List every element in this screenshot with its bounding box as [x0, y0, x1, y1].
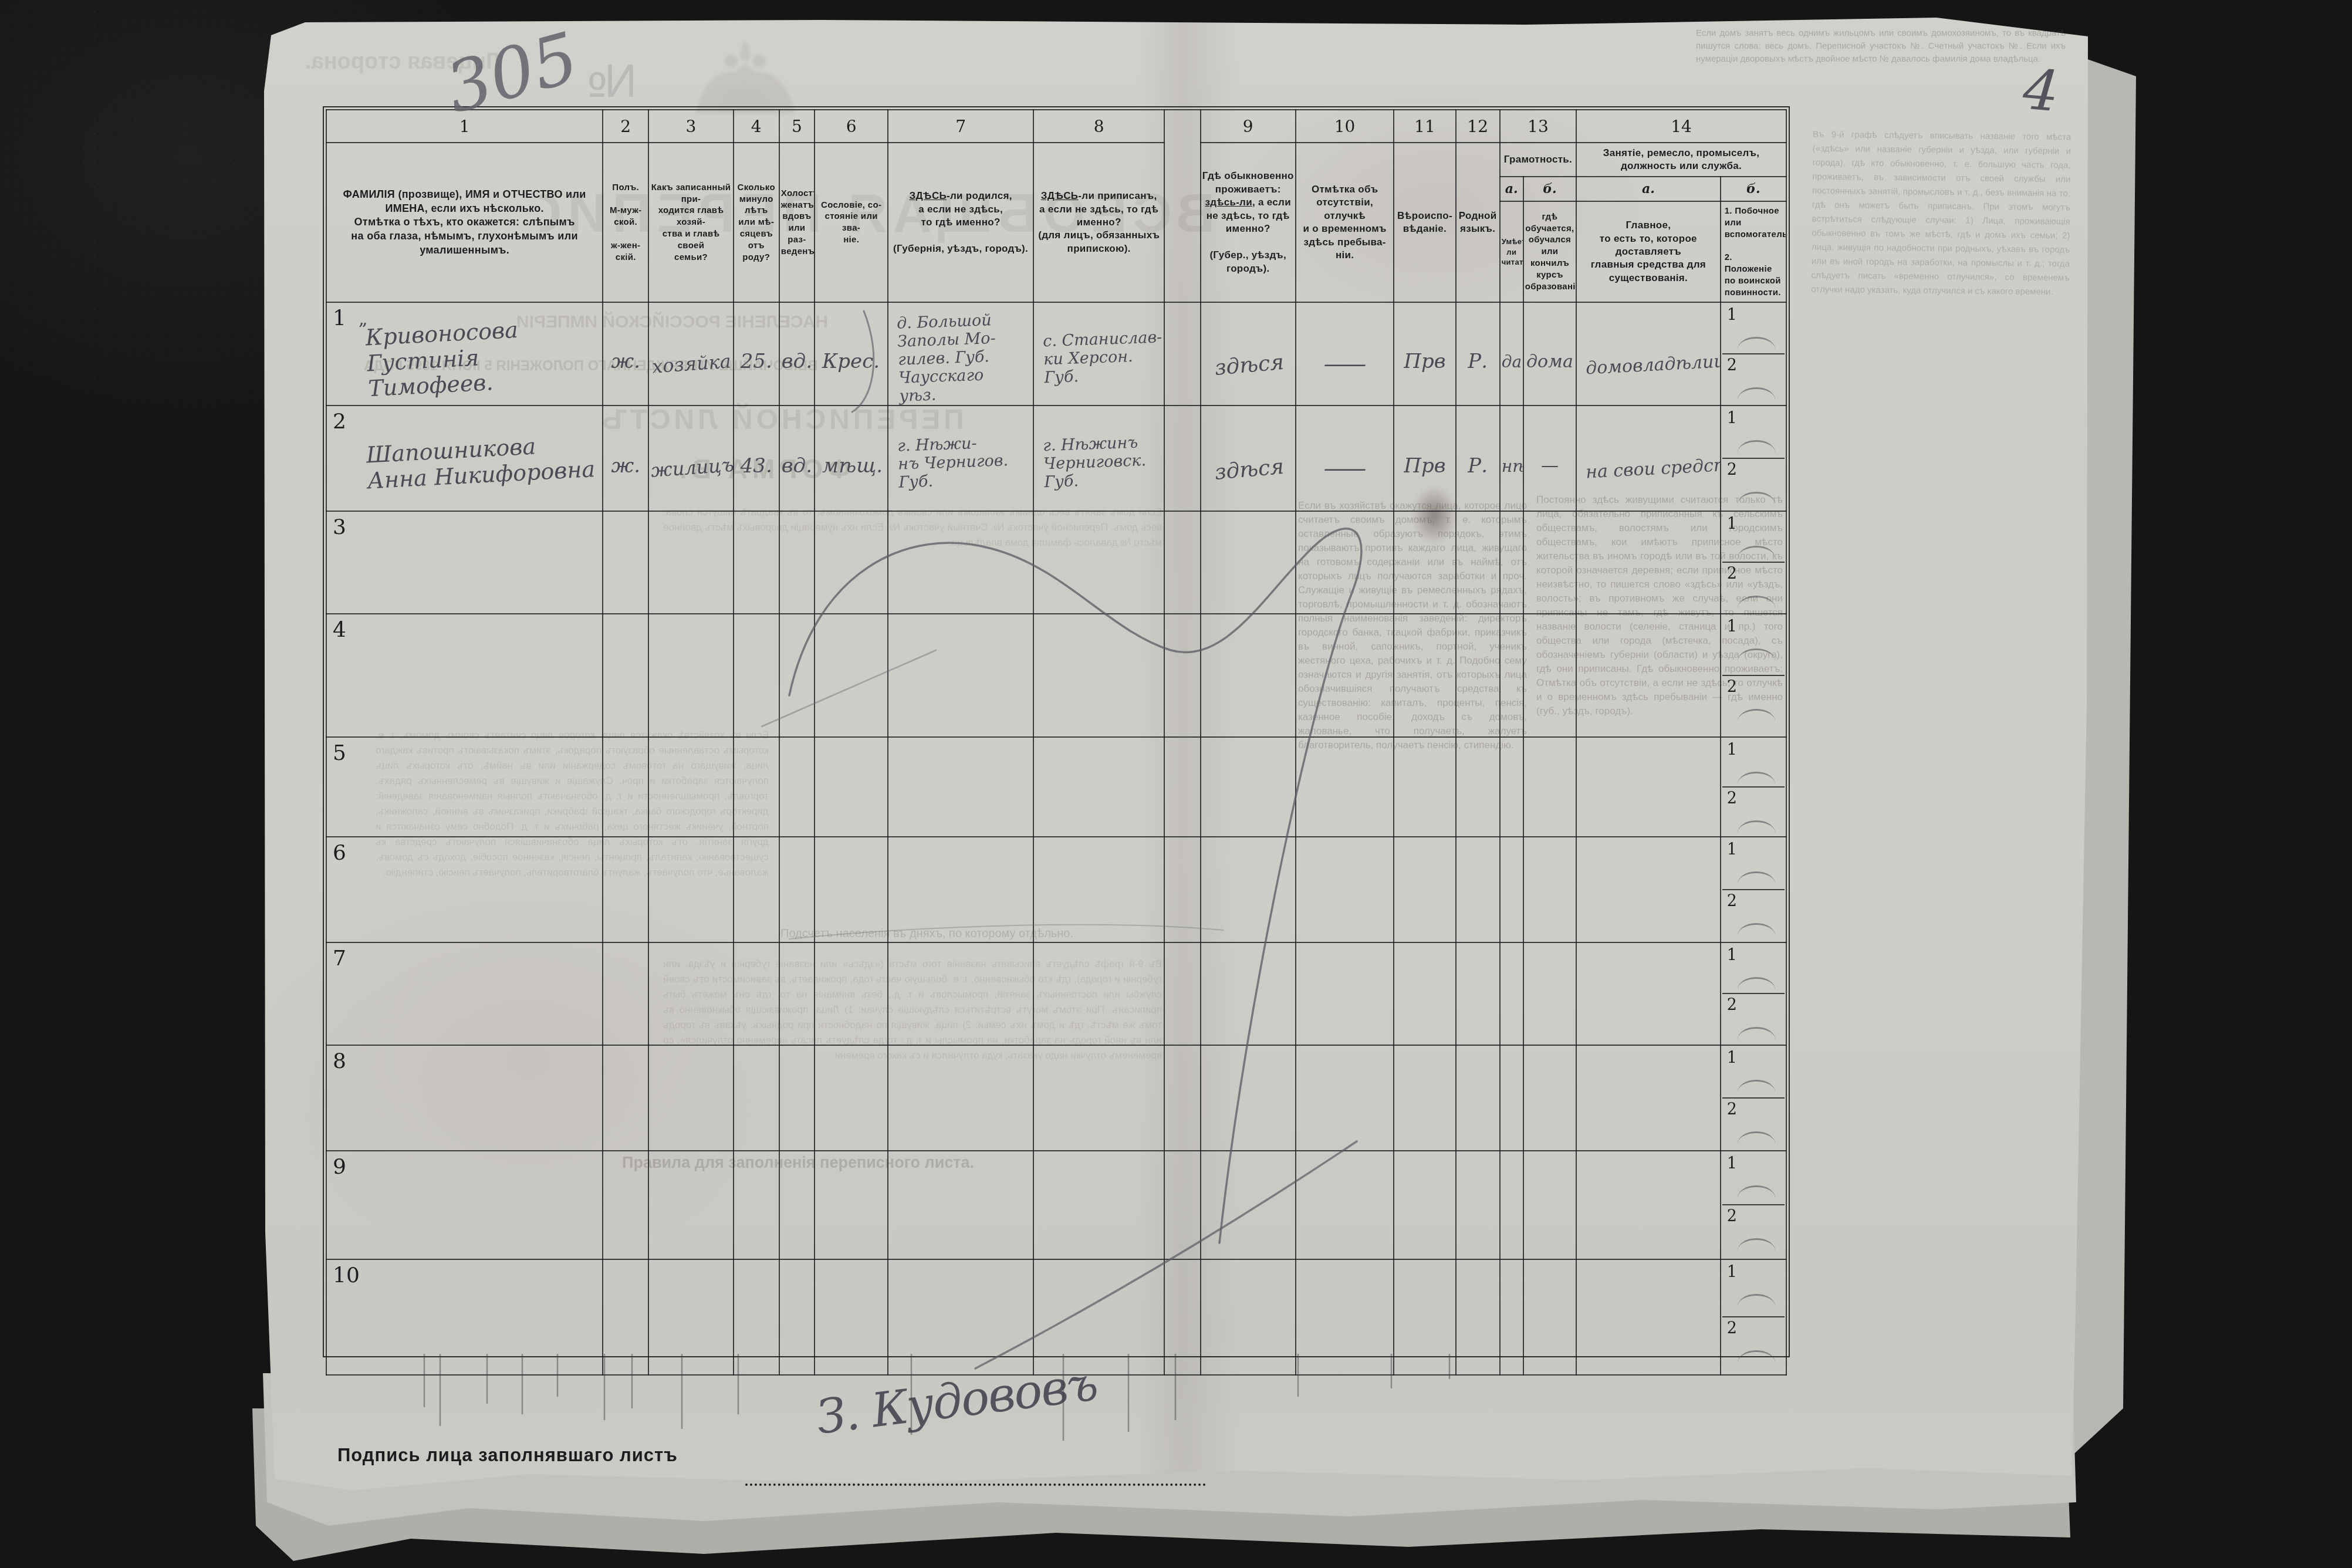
census-table: 1 2 3 4 5 6 7 8 9 10 11 12 13 1 [326, 109, 1787, 1376]
cell-birthplace [888, 837, 1033, 942]
row-number: 10 [333, 1263, 360, 1287]
printed-arc-mark [1738, 772, 1775, 784]
cell-absence [1296, 942, 1394, 1045]
printed-arc-mark [1738, 871, 1775, 884]
side-occupation-sub2: 2 [1722, 1204, 1785, 1258]
cell-marital [779, 511, 815, 614]
cell-estate: Крес. [815, 302, 888, 405]
header-literacy-a-letter: а. [1500, 177, 1523, 201]
row-number: 8 [333, 1049, 346, 1073]
header-surname-name: ФАМИЛІЯ (прозвище), ИМЯ и ОТЧЕСТВО или И… [326, 143, 603, 302]
cell-language [1456, 1045, 1500, 1151]
cell-registration [1033, 1259, 1165, 1375]
cell-language: Р. [1456, 302, 1500, 405]
cell-residence [1201, 1151, 1296, 1259]
cell-language [1456, 1151, 1500, 1259]
cell-side-occupation: 1 2 [1721, 614, 1786, 737]
book-scan: Лицевая сторона. ВСЕОБЩАЯ ПЕРЕПИСЬ НАСЕЛ… [0, 0, 2352, 1568]
handwritten-name [367, 673, 601, 685]
cell-relation [648, 511, 733, 614]
col-number: 8 [1033, 110, 1165, 143]
cell-religion [1394, 1045, 1455, 1151]
fold-gutter-cell [1164, 1151, 1200, 1259]
header-age: Сколько минуло лѣтъ или мѣ- сяцевъ отъ р… [734, 143, 779, 302]
side-occupation-sub1: 1 [1722, 407, 1785, 458]
table-row: 7 1 2 [326, 942, 1786, 1045]
census-table-frame: 1 2 3 4 5 6 7 8 9 10 11 12 13 1 [323, 106, 1790, 1357]
cell-relation: жилицъ [648, 405, 733, 511]
cell-language [1456, 614, 1500, 737]
cell-relation [648, 1259, 733, 1375]
cell-estate [815, 1259, 888, 1375]
cell-where-studied [1523, 614, 1576, 737]
printed-arc-mark [1738, 546, 1775, 558]
cell-absence [1296, 511, 1394, 614]
cell-estate [815, 1151, 888, 1259]
cell-estate [815, 511, 888, 614]
handwritten-name [367, 887, 601, 900]
printed-arc-mark [1738, 1294, 1775, 1306]
cell-sex [603, 1045, 648, 1151]
printed-arc-mark [1738, 709, 1775, 721]
handwritten-name [367, 992, 601, 1004]
cell-name: 9 [326, 1151, 603, 1259]
cell-registration [1033, 511, 1165, 614]
cell-residence: здѣся [1201, 302, 1296, 405]
header-birthplace: ЗДѢСЬ-ли родился, а если не здѣсь, то гд… [888, 143, 1033, 302]
cell-relation [648, 614, 733, 737]
cell-absence [1296, 837, 1394, 942]
cell-name: 8 [326, 1045, 603, 1151]
cell-residence [1201, 1045, 1296, 1151]
printed-arc-mark [1738, 1080, 1775, 1092]
cell-can-read [1500, 1259, 1523, 1375]
cell-marital [779, 1151, 815, 1259]
form-layer: 1 2 3 4 5 6 7 8 9 10 11 12 13 1 [0, 0, 2352, 1568]
printed-arc-mark [1738, 977, 1775, 989]
fold-gutter [1164, 110, 1200, 302]
cell-language [1456, 1259, 1500, 1375]
cell-registration [1033, 942, 1165, 1045]
cell-absence [1296, 1151, 1394, 1259]
cell-side-occupation: 1 2 [1721, 302, 1786, 405]
cell-birthplace [888, 1151, 1033, 1259]
cell-where-studied [1523, 737, 1576, 837]
cell-occupation [1576, 614, 1721, 737]
side-occupation-sub1: 1 [1722, 304, 1785, 353]
cell-religion [1394, 837, 1455, 942]
handwritten-name [367, 785, 601, 797]
cell-registration [1033, 614, 1165, 737]
cell-name: 1 „ Кривоносова Густинія Тимофеев. [326, 302, 603, 405]
handwritten-name: Кривоносова Густинія Тимофеев. [365, 313, 603, 403]
cell-age [734, 942, 779, 1045]
cell-can-read [1500, 942, 1523, 1045]
cell-occupation [1576, 1259, 1721, 1375]
cell-absence [1296, 614, 1394, 737]
table-row: 3 1 2 [326, 511, 1786, 614]
col-number: 14 [1576, 110, 1786, 143]
cell-residence [1201, 837, 1296, 942]
cell-occupation [1576, 737, 1721, 837]
cell-age [734, 1151, 779, 1259]
header-relation-to-head: Какъ записанный при- ходится главѣ хозяй… [648, 143, 733, 302]
cell-estate [815, 837, 888, 942]
col-number: 12 [1456, 110, 1500, 143]
cell-name: 10 [326, 1259, 603, 1375]
header-marital-status: Холостъ, женатъ, вдовъ или раз- веденъ. [779, 143, 815, 302]
cell-where-studied [1523, 511, 1576, 614]
fold-gutter-cell [1164, 1259, 1200, 1375]
row-number: 7 [333, 947, 346, 971]
handwritten-name [367, 1315, 601, 1327]
cell-side-occupation: 1 2 [1721, 1045, 1786, 1151]
page-number-handwritten: 4 [2020, 58, 2062, 125]
table-row: 10 1 2 [326, 1259, 1786, 1375]
row-number: 3 [333, 515, 346, 539]
cell-side-occupation: 1 2 [1721, 511, 1786, 614]
table-row: 4 1 2 [326, 614, 1786, 737]
cell-marital [779, 1045, 815, 1151]
table-row: 5 1 2 [326, 737, 1786, 837]
cell-age [734, 1045, 779, 1151]
handwritten-name: Шапошникова Анна Никифоровна [366, 431, 602, 494]
printed-arc-mark [1738, 387, 1775, 400]
cell-sex: ж. [603, 302, 648, 405]
printed-arc-mark [1738, 1027, 1775, 1039]
cell-birthplace [888, 1259, 1033, 1375]
table-row: 1 „ Кривоносова Густинія Тимофеев. ж. хо… [326, 302, 1786, 405]
side-occupation-sub1: 1 [1722, 1153, 1785, 1205]
fold-gutter-cell [1164, 302, 1200, 405]
cell-marital: вд. [779, 405, 815, 511]
cell-occupation [1576, 942, 1721, 1045]
cell-occupation [1576, 511, 1721, 614]
cell-can-read: нѣтъ [1500, 405, 1523, 511]
header-native-language: Родной языкъ. [1456, 143, 1500, 302]
cell-birthplace [888, 614, 1033, 737]
cell-name: 3 [326, 511, 603, 614]
table-row: 6 1 2 [326, 837, 1786, 942]
cell-age [734, 511, 779, 614]
col-number: 4 [734, 110, 779, 143]
side-occupation-sub1: 1 [1722, 1261, 1785, 1317]
cell-sex [603, 1151, 648, 1259]
cell-name: 5 [326, 737, 603, 837]
row-number: 4 [333, 618, 346, 642]
header-registration: ЗДѢСЬ-ли приписанъ, а если не здѣсь, то … [1033, 143, 1165, 302]
cell-registration [1033, 737, 1165, 837]
row-number: 5 [333, 741, 346, 765]
cell-where-studied [1523, 1151, 1576, 1259]
printed-arc-mark [1738, 596, 1775, 608]
header-estate: Сословіе, со- стояніе или зва- ніе. [815, 143, 888, 302]
cell-language [1456, 737, 1500, 837]
side-occupation-sub2: 2 [1722, 458, 1785, 509]
header-where-studied: гдѣ обучается, обучался или кончилъ курс… [1523, 201, 1576, 302]
row-number: 6 [333, 841, 346, 865]
cell-name: 6 [326, 837, 603, 942]
cell-religion: Прв [1394, 302, 1455, 405]
cell-name: 7 [326, 942, 603, 1045]
header-occupation-group: Занятіе, ремесло, промыселъ, должность и… [1576, 143, 1786, 177]
cell-where-studied [1523, 837, 1576, 942]
cell-side-occupation: 1 2 [1721, 405, 1786, 511]
cell-relation: хозяйка [648, 302, 733, 405]
cell-residence [1201, 737, 1296, 837]
header-literacy-group: Грамотность. [1500, 143, 1576, 177]
col-number: 6 [815, 110, 888, 143]
cell-relation [648, 1151, 733, 1259]
cell-can-read [1500, 737, 1523, 837]
cell-where-studied [1523, 1259, 1576, 1375]
header-occupation-b-letter: б. [1721, 177, 1786, 201]
cell-side-occupation: 1 2 [1721, 737, 1786, 837]
cell-sex [603, 1259, 648, 1375]
side-occupation-sub2: 2 [1722, 993, 1785, 1043]
header-absence-note: Отмѣтка объ отсутствіи, отлучкѣ и о врем… [1296, 143, 1394, 302]
cell-relation [648, 837, 733, 942]
cell-side-occupation: 1 2 [1721, 1151, 1786, 1259]
cell-sex [603, 511, 648, 614]
fold-gutter-cell [1164, 1045, 1200, 1151]
cell-religion [1394, 511, 1455, 614]
cell-residence [1201, 942, 1296, 1045]
fold-gutter-cell [1164, 511, 1200, 614]
cell-registration [1033, 1151, 1165, 1259]
cell-absence [1296, 737, 1394, 837]
cell-absence [1296, 1045, 1394, 1151]
cell-where-studied [1523, 1045, 1576, 1151]
cell-residence [1201, 1259, 1296, 1375]
cell-absence: — [1296, 302, 1394, 405]
cell-side-occupation: 1 2 [1721, 1259, 1786, 1375]
printed-arc-mark [1738, 820, 1775, 833]
cell-estate [815, 942, 888, 1045]
cell-can-read [1500, 837, 1523, 942]
cell-registration: с. Станислав- ки Херсон. Губ. [1033, 302, 1165, 405]
header-religion: Вѣроиспо- вѣданіе. [1394, 143, 1455, 302]
signature-label: Подпись лица заполнявшаго листъ [337, 1445, 678, 1466]
cell-estate: мѣщ. [815, 405, 888, 511]
table-row: 2 Шапошникова Анна Никифоровна ж. жилицъ… [326, 405, 1786, 511]
side-occupation-sub2: 2 [1722, 889, 1785, 941]
cell-registration: г. Нѣжинъ Черниговск. Губ. [1033, 405, 1165, 511]
cell-language [1456, 837, 1500, 942]
table-row: 9 1 2 [326, 1151, 1786, 1259]
cell-age: 43. [734, 405, 779, 511]
col-number: 1 [326, 110, 603, 143]
cell-marital [779, 614, 815, 737]
cell-religion [1394, 737, 1455, 837]
signature-dotted-line [745, 1483, 1206, 1486]
cell-religion [1394, 1151, 1455, 1259]
cell-occupation [1576, 1151, 1721, 1259]
handwritten-name [367, 1096, 601, 1108]
cell-relation [648, 942, 733, 1045]
cell-birthplace [888, 942, 1033, 1045]
cell-birthplace [888, 1045, 1033, 1151]
side-occupation-sub2: 2 [1722, 353, 1785, 404]
header-sex: Полъ. М-муж- ской. ж-жен- скій. [603, 143, 648, 302]
census-table-body: 1 „ Кривоносова Густинія Тимофеев. ж. хо… [326, 302, 1786, 1374]
cell-sex [603, 942, 648, 1045]
cell-estate [815, 737, 888, 837]
cell-birthplace [888, 737, 1033, 837]
handwritten-name [367, 560, 601, 573]
side-occupation-sub1: 1 [1722, 1047, 1785, 1097]
col-number: 7 [888, 110, 1033, 143]
col-number: 11 [1394, 110, 1455, 143]
cell-age [734, 1259, 779, 1375]
cell-sex [603, 614, 648, 737]
cell-absence: — [1296, 405, 1394, 511]
cell-religion: Прв [1394, 405, 1455, 511]
handwritten-name [367, 1203, 601, 1215]
census-table-header: 1 2 3 4 5 6 7 8 9 10 11 12 13 1 [326, 110, 1786, 302]
cell-birthplace: г. Нѣжи- нъ Чернигов. Губ. [888, 405, 1033, 511]
cell-marital: вд. [779, 302, 815, 405]
side-occupation-sub2: 2 [1722, 562, 1785, 612]
cell-can-read [1500, 1045, 1523, 1151]
fold-gutter-cell [1164, 942, 1200, 1045]
fold-gutter-cell [1164, 837, 1200, 942]
cell-language [1456, 942, 1500, 1045]
cell-side-occupation: 1 2 [1721, 942, 1786, 1045]
cell-estate [815, 1045, 888, 1151]
cell-where-studied [1523, 942, 1576, 1045]
col-number: 10 [1296, 110, 1394, 143]
cell-sex [603, 737, 648, 837]
fold-gutter-cell [1164, 614, 1200, 737]
header-literacy-b-letter: б. [1523, 177, 1576, 201]
col-number: 13 [1500, 110, 1576, 143]
printed-arc-mark [1738, 923, 1775, 935]
side-occupation-sub2: 2 [1722, 1097, 1785, 1149]
cell-residence [1201, 614, 1296, 737]
printed-arc-mark [1738, 1350, 1775, 1363]
cell-occupation [1576, 1045, 1721, 1151]
header-can-read: Умѣетъ- ли читать? [1500, 201, 1523, 302]
col-number: 9 [1201, 110, 1296, 143]
cell-can-read [1500, 614, 1523, 737]
fold-gutter-cell [1164, 737, 1200, 837]
printed-arc-mark [1738, 648, 1775, 661]
cell-marital [779, 737, 815, 837]
col-number: 5 [779, 110, 815, 143]
header-main-occupation: Главное, то есть то, которое доставляетъ… [1576, 201, 1721, 302]
fold-gutter-cell [1164, 405, 1200, 511]
printed-arc-mark [1738, 492, 1775, 504]
cell-religion [1394, 1259, 1455, 1375]
cell-can-read [1500, 511, 1523, 614]
cell-name: 4 [326, 614, 603, 737]
cell-residence [1201, 511, 1296, 614]
cell-age: 25. [734, 302, 779, 405]
cell-sex [603, 837, 648, 942]
cell-religion [1394, 614, 1455, 737]
cell-estate [815, 614, 888, 737]
cell-absence [1296, 1259, 1394, 1375]
side-occupation-sub1: 1 [1722, 616, 1785, 675]
row-number: 9 [333, 1155, 346, 1179]
cell-residence: здѣся [1201, 405, 1296, 511]
cell-occupation: домовладѣлица [1576, 302, 1721, 405]
row-number: 2 [333, 410, 346, 434]
cell-birthplace: д. Большой Заполы Мо- гилев. Губ. Чаусск… [888, 302, 1033, 405]
cell-relation [648, 737, 733, 837]
side-occupation-sub2: 2 [1722, 786, 1785, 835]
side-occupation-sub1: 1 [1722, 839, 1785, 889]
cell-religion [1394, 942, 1455, 1045]
col-number: 3 [648, 110, 733, 143]
cell-registration [1033, 1045, 1165, 1151]
cell-occupation: на свои средства [1576, 405, 1721, 511]
cell-occupation [1576, 837, 1721, 942]
table-row: 8 1 2 [326, 1045, 1786, 1151]
header-side-occupation: 1. Побочное или вспомогательное.2. Полож… [1721, 201, 1786, 302]
side-occupation-sub1: 1 [1722, 513, 1785, 562]
cell-registration [1033, 837, 1165, 942]
cell-language: Р. [1456, 405, 1500, 511]
header-residence: Гдѣ обыкновенно проживаетъ: здѣсь-ли, а … [1201, 143, 1296, 302]
cell-sex: ж. [603, 405, 648, 511]
header-occupation-a-letter: а. [1576, 177, 1721, 201]
cell-language [1456, 511, 1500, 614]
cell-birthplace [888, 511, 1033, 614]
side-occupation-sub2: 2 [1722, 675, 1785, 735]
cell-marital [779, 1259, 815, 1375]
cell-where-studied: — [1523, 405, 1576, 511]
side-occupation-sub1: 1 [1722, 944, 1785, 993]
cell-can-read [1500, 1151, 1523, 1259]
cell-where-studied: дома [1523, 302, 1576, 405]
cell-marital [779, 942, 815, 1045]
side-occupation-sub2: 2 [1722, 1316, 1785, 1373]
cell-name: 2 Шапошникова Анна Никифоровна [326, 405, 603, 511]
cell-age [734, 614, 779, 737]
printed-arc-mark [1738, 1131, 1775, 1144]
cell-age [734, 837, 779, 942]
cell-can-read: да [1500, 302, 1523, 405]
cell-relation [648, 1045, 733, 1151]
row-number: 1 [333, 306, 346, 330]
side-occupation-sub1: 1 [1722, 739, 1785, 786]
printed-arc-mark [1738, 440, 1775, 452]
cell-age [734, 737, 779, 837]
printed-arc-mark [1738, 337, 1775, 349]
cell-side-occupation: 1 2 [1721, 837, 1786, 942]
printed-arc-mark [1738, 1185, 1775, 1198]
col-number: 2 [603, 110, 648, 143]
cell-marital [779, 837, 815, 942]
printed-arc-mark [1738, 1238, 1775, 1251]
